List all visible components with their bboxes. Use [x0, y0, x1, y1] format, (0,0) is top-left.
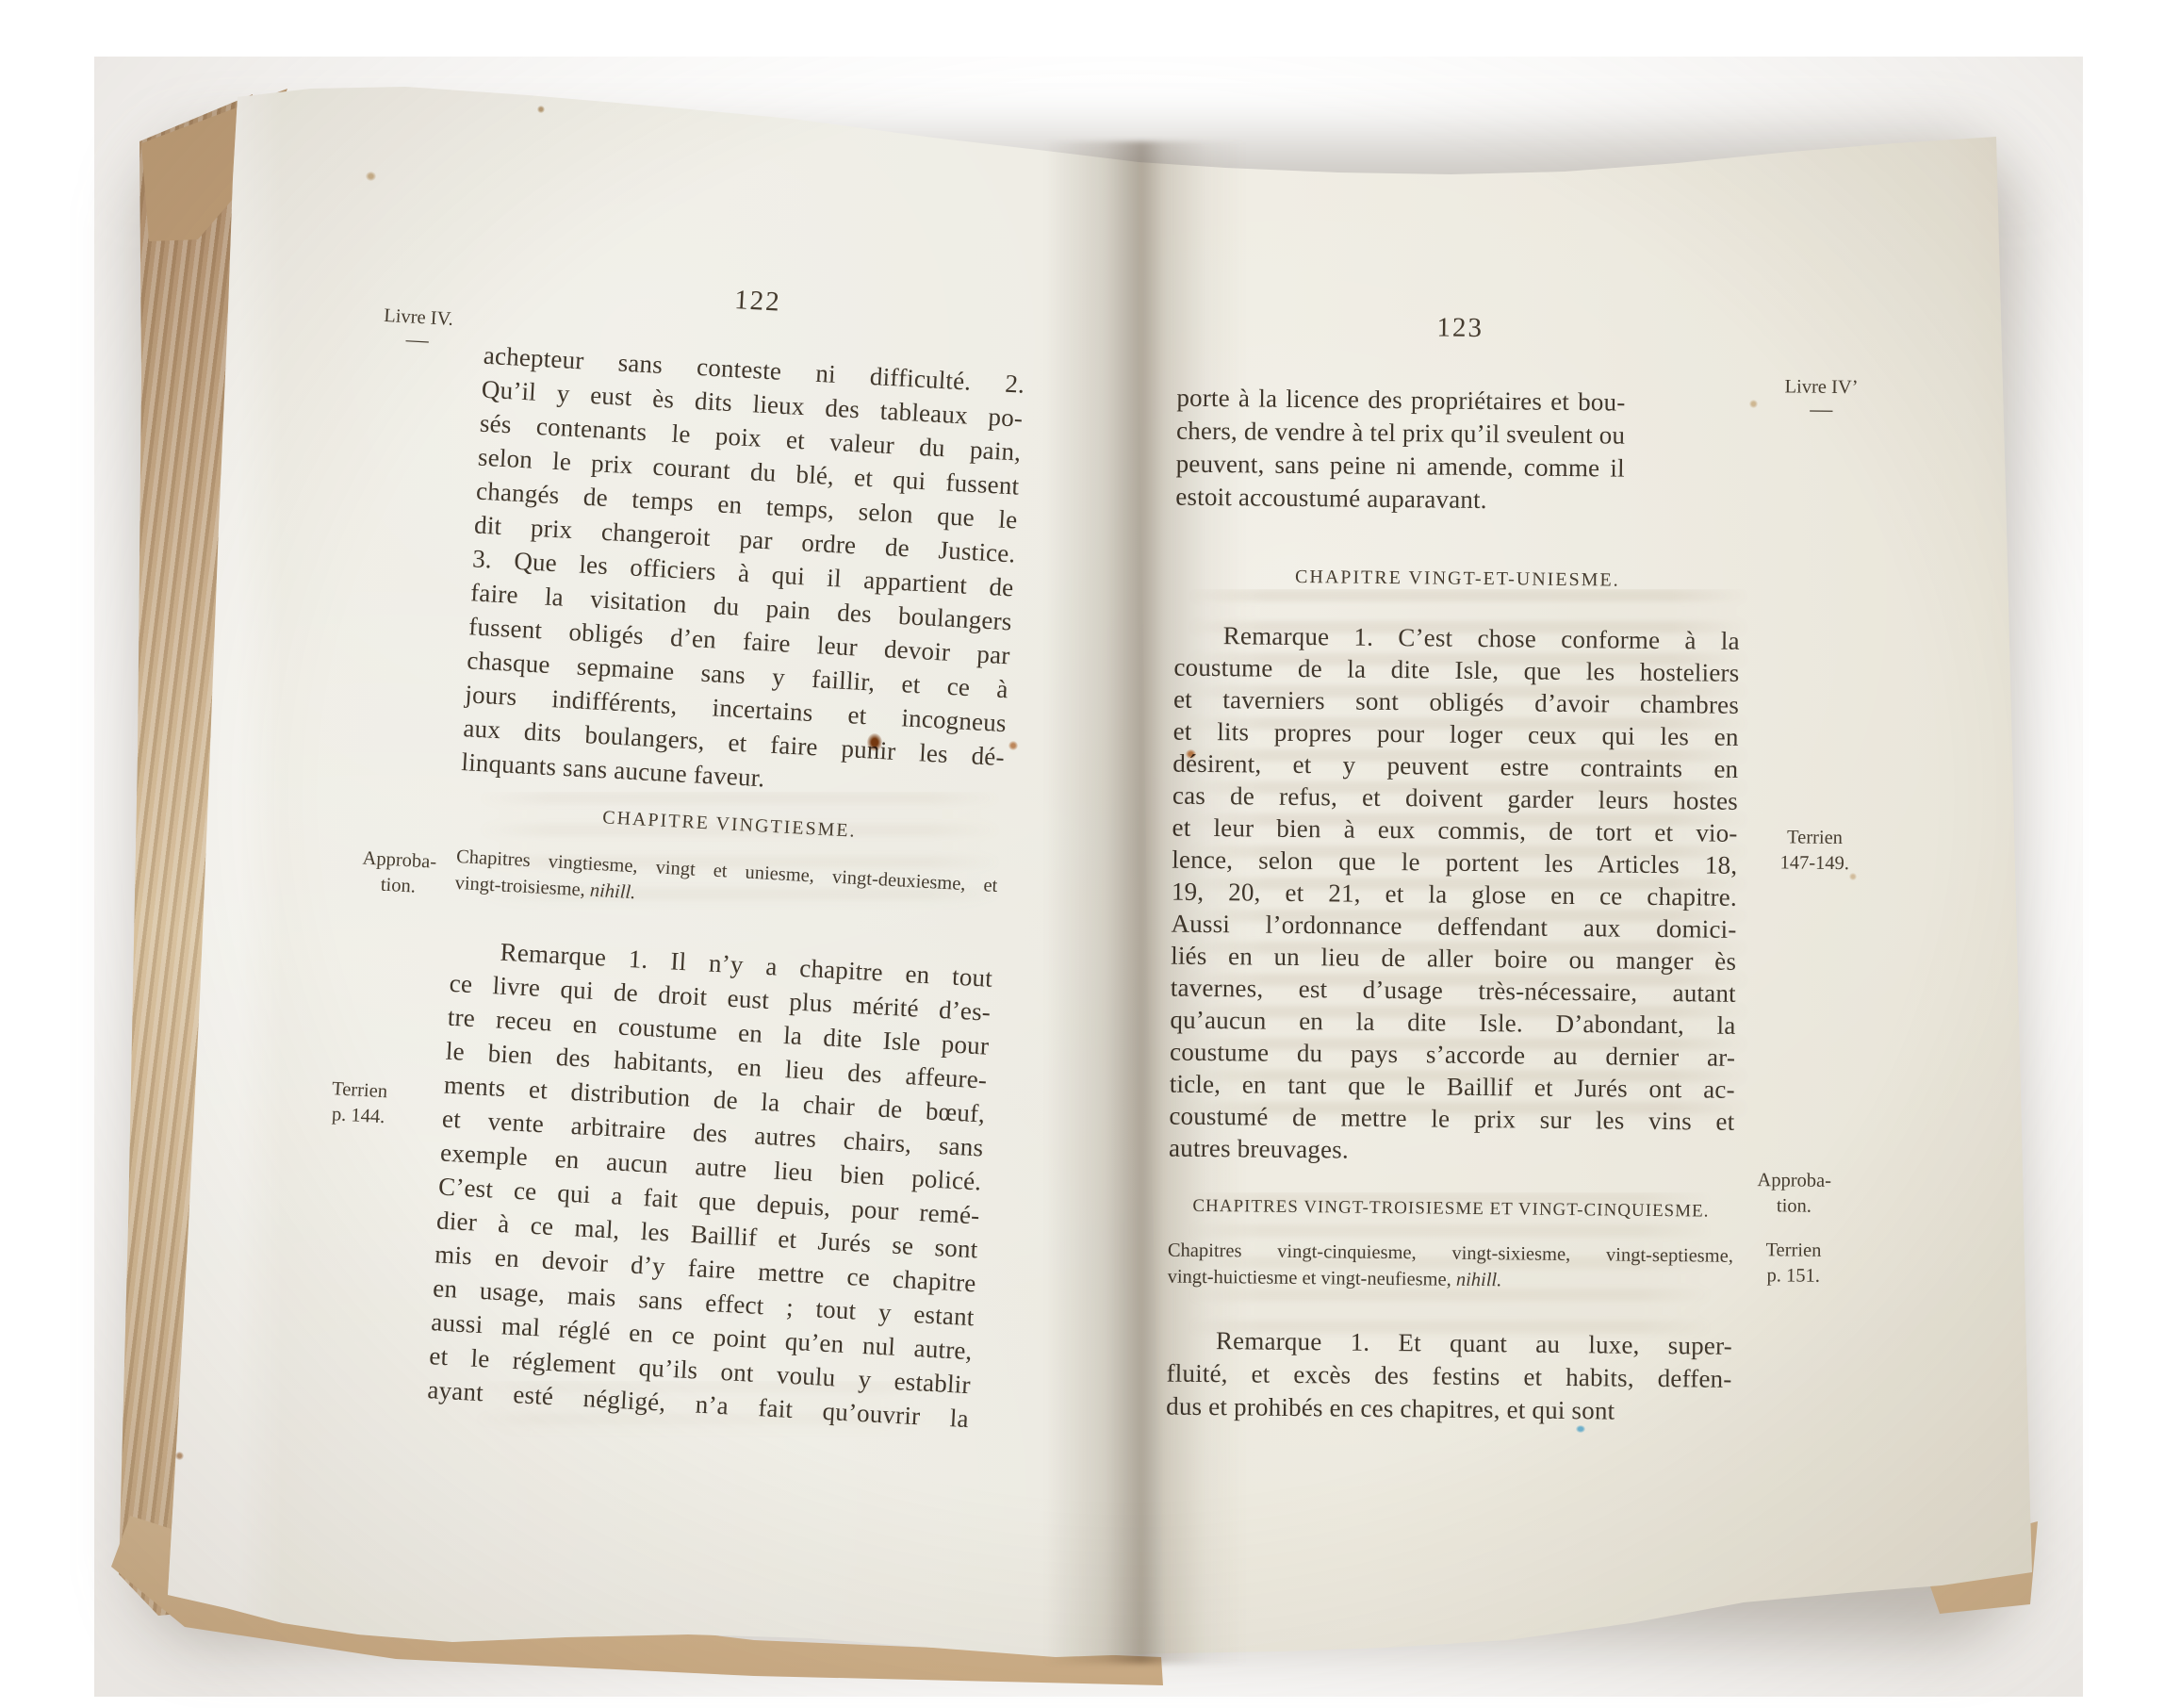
ink-speck: [1576, 1425, 1585, 1433]
foxing-spot: [1186, 749, 1196, 759]
book-photo: Livre IV. — Approba- tion. Terrien p. 14…: [0, 0, 2164, 1708]
vignette: [94, 57, 2083, 1697]
foxing-spot: [175, 1452, 184, 1460]
foxing-spot: [1749, 400, 1758, 408]
foxing-spot: [537, 106, 545, 113]
foxing-spot: [1008, 741, 1018, 750]
foxing-spot: [366, 172, 376, 181]
foxing-spot: [1849, 873, 1857, 880]
foxing-spot: [867, 733, 882, 751]
